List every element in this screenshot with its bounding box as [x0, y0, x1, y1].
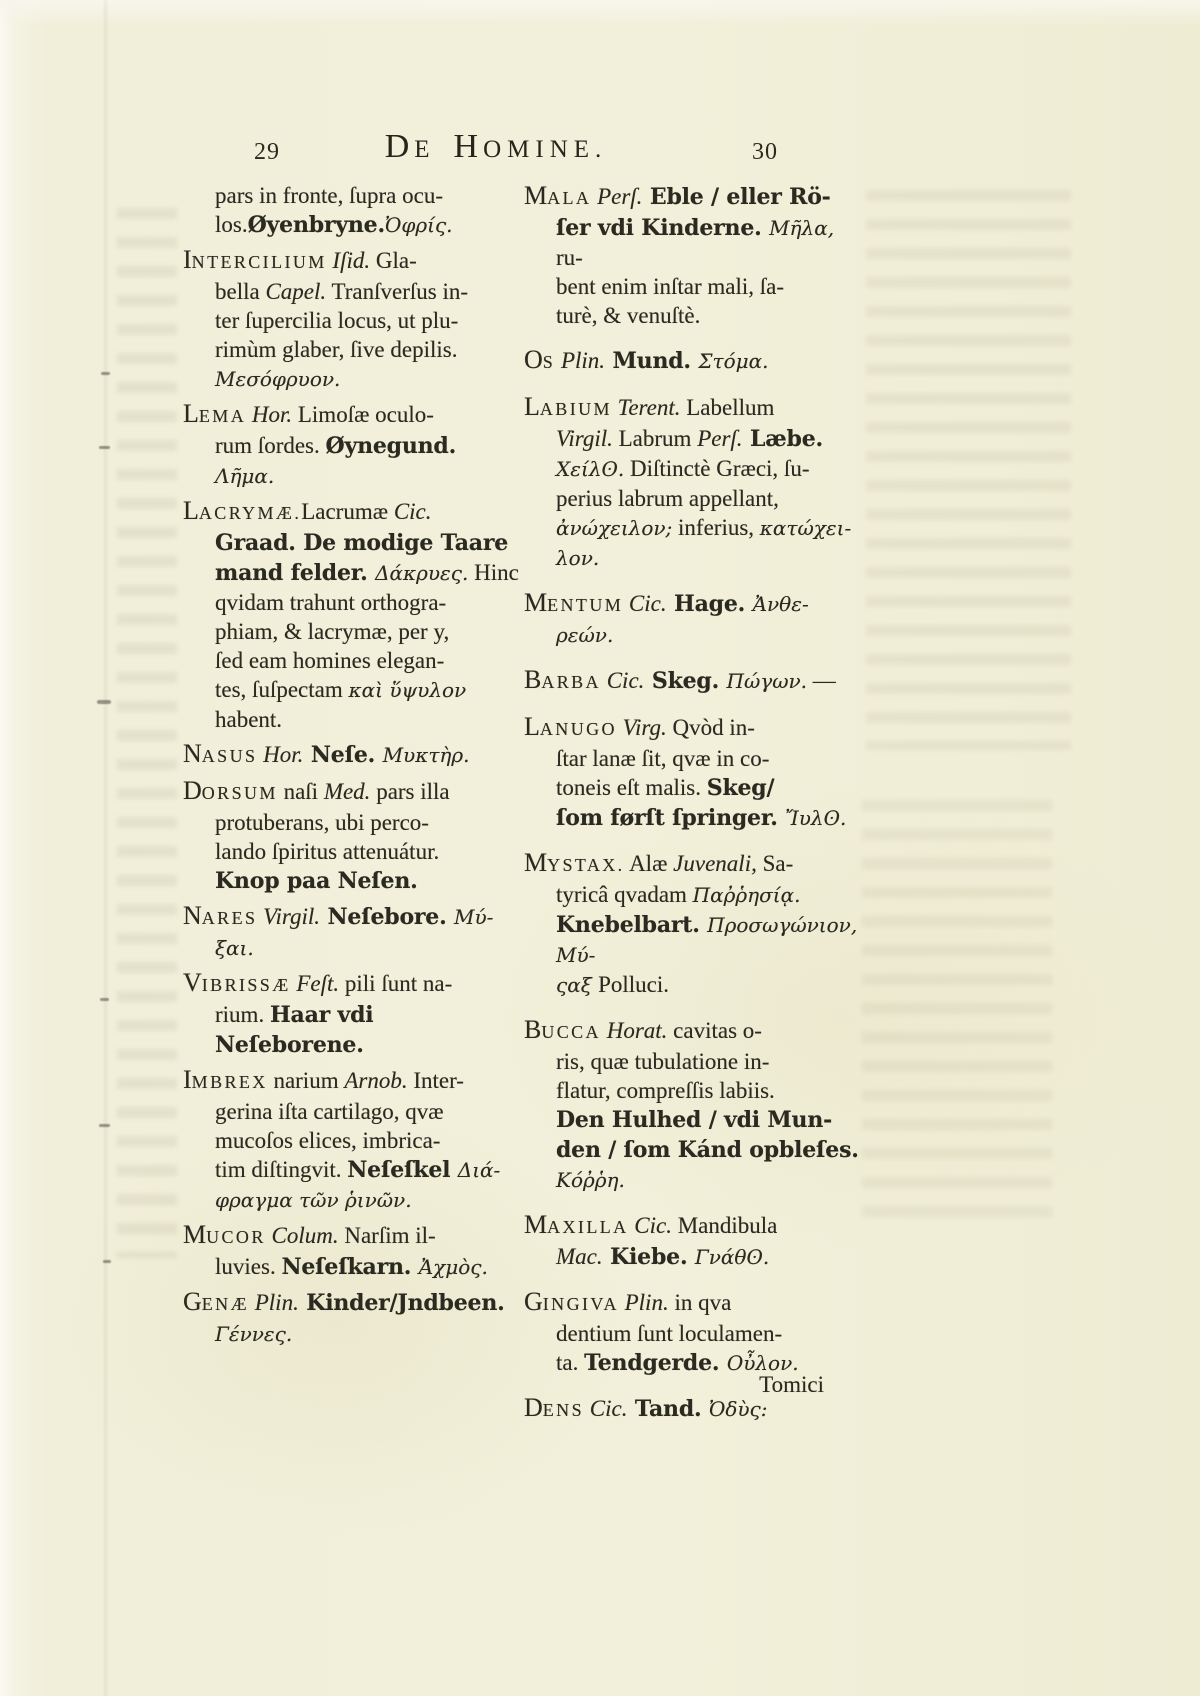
page-speck: [97, 700, 111, 704]
headword: LACRYMÆ.: [183, 499, 301, 524]
text-run-gk: Λῆμα.: [215, 464, 274, 488]
page-speck: [103, 1260, 111, 1263]
headword: GENÆ: [183, 1290, 249, 1315]
headword: IMBREX: [183, 1068, 268, 1093]
headword: MENTUM: [524, 591, 623, 616]
text-run-gk: Μεσόφρυον.: [215, 367, 340, 391]
text-run-gk: Δάκρυες.: [375, 561, 468, 585]
text-run-it: Virg.: [617, 715, 667, 740]
bleed-through-ghost: [117, 208, 177, 1258]
text-run-it: Cic.: [623, 591, 666, 616]
page-speck: [99, 1124, 110, 1127]
headword: NARES: [183, 904, 257, 929]
text-run-bl: Kinder/Jndbeen.: [299, 1290, 505, 1316]
text-run-gk: Χείλʘ.: [556, 457, 624, 481]
text-run-it: Plin.: [555, 348, 605, 373]
page-number-left: 29: [254, 139, 280, 166]
entry-dorsum: DORSUM naſi Med. pars illa protuberans, …: [183, 776, 519, 896]
entry-intercilium: INTERCILIUM Iſid. Gla- bella Capel. Tran…: [183, 245, 519, 394]
catchword: Tomici: [524, 1372, 824, 1398]
headword: LABIUM: [524, 395, 612, 420]
text-run-it: Terent.: [612, 395, 681, 420]
headword: BUCCA: [524, 1018, 601, 1043]
text-run-it: Colum.: [266, 1223, 339, 1248]
entry-lanugo: LANUGO Virg. Qvòd in- ſtar lanæ ſit, qvæ…: [524, 712, 866, 833]
text-run-rm: Polluci.: [598, 972, 669, 997]
headword: LANUGO: [524, 715, 617, 740]
text-run-gk: Στόμα.: [698, 349, 768, 373]
entry-genae: GENÆ Plin. Kinder/Jndbeen. Γέννες.: [183, 1287, 519, 1349]
text-run-bl: Hage.: [667, 591, 753, 617]
entry-nasus: NASUS Hor. Neſe. Μυκτὴρ.: [183, 739, 519, 771]
text-run-it: Cic.: [394, 499, 432, 524]
text-run-bl: Læbe.: [743, 426, 823, 452]
page-number-right: 30: [752, 139, 778, 166]
text-run-it: Virgil.: [556, 426, 613, 451]
text-run-it: Perſ.: [591, 184, 642, 209]
headword: LEMA: [183, 402, 246, 427]
text-run-it: Med.: [324, 779, 371, 804]
text-run-it: Cic.: [629, 1213, 672, 1238]
entry-imbrex: IMBREX narium Arnob. Inter- gerina iſta …: [183, 1065, 519, 1215]
entry-mucor: MUCOR Colum. Narſim il- luvies. Neſeſkar…: [183, 1220, 519, 1282]
text-run-rm: inferius,: [672, 515, 760, 540]
text-run-bl: Mund.: [605, 348, 698, 374]
title-word: DE: [385, 128, 436, 166]
page-speck: [99, 446, 110, 449]
page-crease: [104, 0, 107, 1696]
headword: INTERCILIUM: [183, 248, 327, 273]
text-run-rm: Lacrumæ: [301, 499, 394, 524]
entry-maxilla: MAXILLA Cic. Mandibula Mac. Kiebe. Γνάθʘ…: [524, 1210, 866, 1272]
entry-gingiva: GINGIVA Plin. in qva dentium ſunt locula…: [524, 1287, 866, 1378]
headword: DENS: [524, 1396, 584, 1421]
text-run-it: Iſid.: [327, 248, 370, 273]
text-run-rm: Labellum: [681, 395, 775, 420]
right-column: MALA Perſ. Eble / eller Rö- ſer vdi Kind…: [524, 181, 866, 1440]
text-run-rm: naſi: [278, 779, 324, 804]
text-run-it: Horat.: [601, 1018, 667, 1043]
entry-barba: BARBA Cic. Skeg. Πώγων. —: [524, 665, 866, 697]
headword: OS: [524, 348, 555, 373]
text-run-it: Mac.: [556, 1244, 603, 1269]
text-run-rm: Labrum: [613, 426, 697, 451]
left-column: pars in fronte, ſupra ocu- los.Øyenbryne…: [183, 181, 519, 1354]
text-run-rm: Mandibula: [672, 1213, 777, 1238]
text-run-gk: Ἴυλʘ.: [785, 806, 846, 830]
text-run-gk: Κόῤῥη.: [556, 1168, 625, 1192]
entry-lacrymae: LACRYMÆ.Lacrumæ Cic. Graad. De modige Ta…: [183, 496, 519, 734]
text-run-it: Hor.: [257, 742, 303, 767]
page-speck: [100, 998, 109, 1001]
text-run-gk: Γέννες.: [215, 1322, 292, 1346]
entry-mentum: MENTUM Cic. Hage. Ἀνθε- ρεών.: [524, 588, 866, 650]
text-run-it: Plin.: [249, 1290, 299, 1315]
title-word: HOMINE.: [454, 128, 608, 166]
text-run-it: Hor.: [246, 402, 292, 427]
text-run-gk: Μῆλα,: [769, 216, 834, 240]
text-run-bl: Øyenbryne.: [248, 212, 385, 238]
text-run-bl: Den Hulhed / vdi Mun- den / ſom Kánd opb…: [556, 1107, 859, 1163]
text-run-bl: Kiebe.: [603, 1244, 695, 1270]
text-run-bl: Tand.: [627, 1396, 708, 1422]
text-run-bl: Neſebore.: [320, 904, 454, 930]
text-run-bl: Knebelbart.: [556, 912, 707, 938]
page-title: DEHOMINE.: [320, 128, 672, 166]
text-run-gk: καὶ ὕψυλον: [349, 678, 467, 702]
entry-bucca: BUCCA Horat. cavitas o- ris, quæ tubulat…: [524, 1015, 866, 1195]
text-run-bl: Knop paa Neſen.: [215, 868, 418, 894]
headword: MYSTAX.: [524, 851, 625, 876]
entry-nares: NARES Virgil. Neſebore. Μύ- ξαι.: [183, 901, 519, 963]
entry-lema: LEMA Hor. Limoſæ oculo- rum ſordes. Øyne…: [183, 399, 519, 491]
headword: NASUS: [183, 742, 257, 767]
headword: MAXILLA: [524, 1213, 629, 1238]
text-run-gk: Πώγων.: [727, 669, 808, 693]
text-run-it: Virgil.: [257, 904, 320, 929]
entry-labium: LABIUM Terent. Labellum Virgil. Labrum P…: [524, 392, 866, 573]
entry-os: OS Plin. Mund. Στόμα.: [524, 345, 866, 377]
text-run-bl: Øynegund.: [326, 433, 457, 459]
headword: VIBRISSÆ: [183, 971, 291, 996]
text-run-bl: Neſeſkel: [347, 1157, 458, 1183]
text-run-gk: Ὀφρίς.: [385, 213, 453, 237]
text-run-rm: Alæ: [625, 851, 674, 876]
headword: BARBA: [524, 668, 601, 693]
text-run-gk: Ὀδὺς:: [709, 1397, 768, 1421]
text-run-it: Juvenali,: [673, 851, 757, 876]
bleed-through-ghost: [866, 190, 1071, 750]
text-run-it: Perſ.: [697, 426, 742, 451]
headword: MALA: [524, 184, 591, 209]
headword: MUCOR: [183, 1223, 266, 1248]
entry-mala: MALA Perſ. Eble / eller Rö- ſer vdi Kind…: [524, 181, 866, 330]
text-run-bl: Neſe.: [303, 742, 382, 768]
text-run-rm: habent.: [215, 707, 282, 732]
text-run-gk: Παῤῥησίᾳ.: [693, 883, 801, 907]
text-run-it: Cic.: [584, 1396, 627, 1421]
text-run-it: Feſt.: [291, 971, 340, 996]
text-run-rm: narium: [268, 1068, 345, 1093]
page-speck: [101, 372, 110, 375]
text-run-it: Arnob.: [344, 1068, 407, 1093]
text-run-gk: ἀνώχειλον;: [556, 516, 672, 540]
text-run-bl: Skeg.: [644, 668, 726, 694]
text-run-it: Cic.: [601, 668, 644, 693]
bleed-through-ghost: [862, 800, 1052, 1230]
text-run-gk: Ἀχμὸς.: [419, 1255, 488, 1279]
headword: DORSUM: [183, 779, 278, 804]
text-run-gk: Μυκτὴρ.: [383, 743, 470, 767]
headword: GINGIVA: [524, 1290, 619, 1315]
book-page-scan: 29 DEHOMINE. 30 pars in fronte, ſupra oc…: [0, 0, 1200, 1696]
entry-fronte-continuation: pars in fronte, ſupra ocu- los.Øyenbryne…: [183, 181, 519, 240]
text-run-bl: Neſeſkarn.: [281, 1254, 418, 1280]
text-run-it: Capel.: [265, 279, 326, 304]
entry-mystax: MYSTAX. Alæ Juvenali, Sa- tyricâ qvadam …: [524, 848, 866, 1000]
text-run-rm: —: [807, 668, 836, 693]
text-run-it: Plin.: [619, 1290, 669, 1315]
text-run-gk: Γνάθʘ.: [695, 1245, 769, 1269]
entry-vibrissae: VIBRISSÆ Feſt. pili ſunt na- rium. Haar …: [183, 968, 519, 1060]
